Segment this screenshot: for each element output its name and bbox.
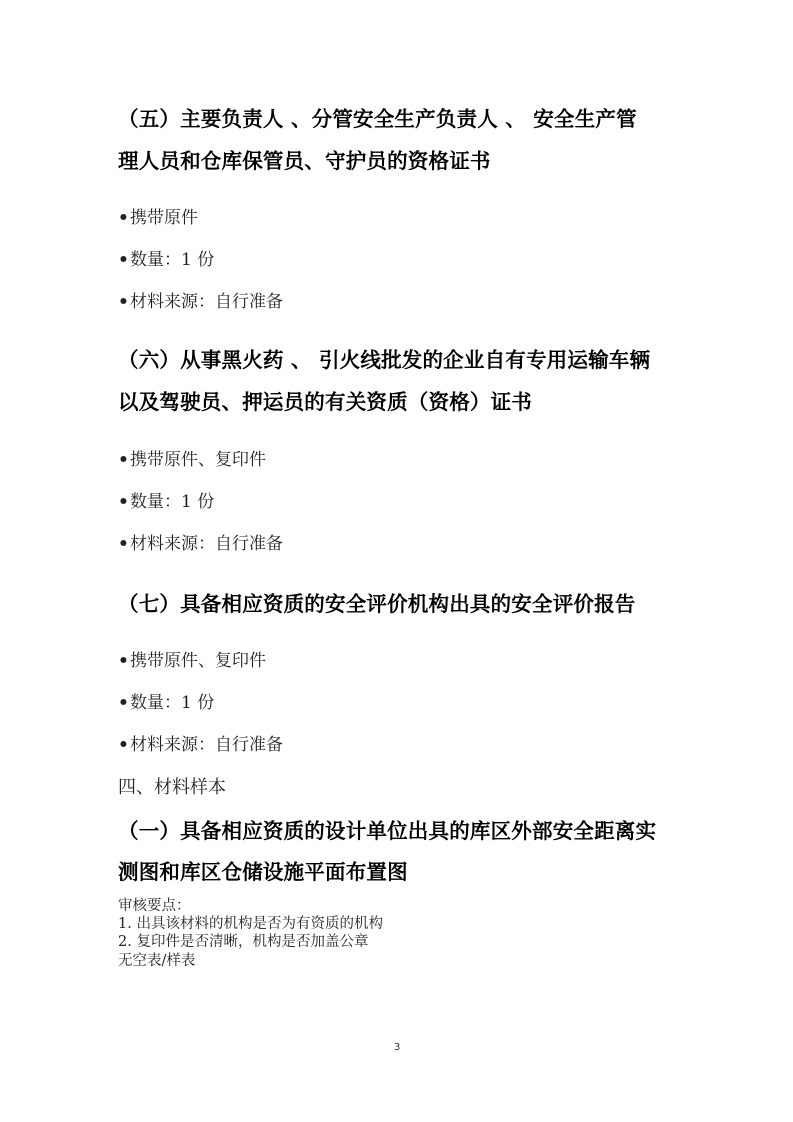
page-number: 3 bbox=[394, 1042, 400, 1053]
review-point-2: 2. 复印件是否清晰，机构是否加盖公章 bbox=[118, 933, 368, 951]
bullet-icon: • bbox=[118, 734, 130, 756]
list-item: •数量：1 份 bbox=[118, 491, 214, 513]
bullet-icon: • bbox=[118, 449, 130, 471]
no-sample-note: 无空表/样表 bbox=[118, 952, 195, 970]
section-6-title-line-1: （六）从事黑火药 、 引火线批发的企业自有专用运输车辆 bbox=[118, 339, 650, 381]
list-item: •材料来源：自行准备 bbox=[118, 734, 283, 756]
document-page: （五）主要负责人 、分管安全生产负责人 、 安全生产管 理人员和仓库保管员、守护… bbox=[0, 0, 793, 1122]
section-6-title-line-2: 以及驾驶员、押运员的有关资质（资格）证书 bbox=[118, 381, 532, 423]
list-item: •数量：1 份 bbox=[118, 692, 214, 714]
section-5-title-line-1: （五）主要负责人 、分管安全生产负责人 、 安全生产管 bbox=[118, 98, 637, 140]
bullet-icon: • bbox=[118, 291, 130, 313]
bullet-icon: • bbox=[118, 692, 130, 714]
part-4-heading: 四、材料样本 bbox=[118, 776, 226, 800]
list-item: •数量：1 份 bbox=[118, 249, 214, 271]
bullet-icon: • bbox=[118, 533, 130, 555]
section-5-title-line-2: 理人员和仓库保管员、守护员的资格证书 bbox=[118, 140, 491, 182]
list-item: •携带原件、复印件 bbox=[118, 449, 266, 471]
list-item: •材料来源：自行准备 bbox=[118, 291, 283, 313]
bullet-icon: • bbox=[118, 491, 130, 513]
subsection-title-line-1: （一）具备相应资质的设计单位出具的库区外部安全距离实 bbox=[118, 810, 656, 852]
list-item: •携带原件、复印件 bbox=[118, 650, 266, 672]
review-point-1: 1. 出具该材料的机构是否为有资质的机构 bbox=[118, 915, 383, 933]
bullet-icon: • bbox=[118, 650, 130, 672]
bullet-icon: • bbox=[118, 249, 130, 271]
review-points-label: 审核要点： bbox=[118, 897, 191, 915]
list-item: •材料来源：自行准备 bbox=[118, 533, 283, 555]
bullet-icon: • bbox=[118, 207, 130, 229]
section-7-title: （七）具备相应资质的安全评价机构出具的安全评价报告 bbox=[118, 583, 636, 625]
subsection-title-line-2: 测图和库区仓储设施平面布置图 bbox=[118, 851, 408, 893]
list-item: •携带原件 bbox=[118, 207, 198, 229]
